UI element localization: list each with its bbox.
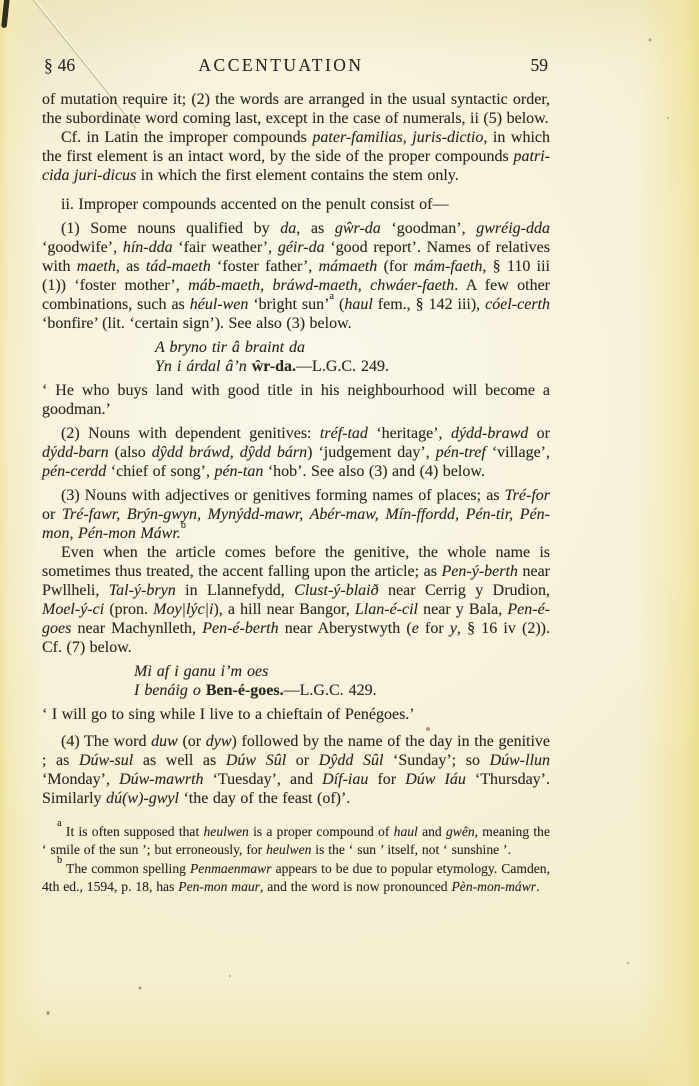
text-segment: ‘chief of song’, (106, 463, 214, 480)
text-segment: hín-dda (123, 239, 173, 256)
footnotes: a It is often supposed that heulwen is a… (42, 823, 550, 897)
para-item-1: (1) Some nouns qualified by da, as gŵr-d… (42, 219, 550, 333)
text-segment: (for (377, 258, 414, 275)
text-segment: maeth (77, 258, 116, 275)
text-segment: Mi af i ganu i’m oes (134, 663, 268, 680)
text-segment: héul-wen (190, 296, 249, 313)
text-segment: —L.G.C. 249. (296, 358, 389, 375)
text-segment: ‘bright sun’ (248, 296, 329, 313)
verse-line: Mi af i ganu i’m oes (134, 662, 550, 681)
text-segment: dýdd-brawd (451, 425, 528, 442)
text-segment: (3) Nouns with adjectives or genitives f… (61, 487, 505, 504)
text-segment: Cf. in Latin the improper compounds (61, 129, 312, 146)
text-segment: (also (109, 444, 152, 461)
footnote-b: b The common spelling Penmaenmawr appear… (42, 860, 550, 897)
text-segment: ‘ He who buys land with good title in hi… (42, 382, 550, 418)
text-segment: pén-tref (436, 444, 486, 461)
text-segment: , as (296, 220, 335, 237)
footnote-marker: b (57, 855, 62, 866)
text-segment: It is often supposed that (62, 824, 204, 839)
text-segment: Dúw Sûl (226, 752, 286, 769)
page-number: 59 (531, 56, 549, 75)
text-segment: Dúw-sul (79, 752, 133, 769)
paper-speck (667, 117, 669, 119)
text-segment: ), a hill near Bangor, (213, 601, 354, 618)
text-segment: pater-familias, juris-dictio (312, 129, 483, 146)
text-segment: ‘ I will go to sing while I live to a ch… (42, 706, 415, 723)
text-segment: for (368, 771, 405, 788)
para-item-2: (2) Nouns with dependent genitives: tréf… (42, 424, 550, 481)
text-segment: ii. Improper compounds accented on the p… (61, 196, 448, 213)
running-head: § 46 ACCENTUATION 59 (42, 56, 550, 78)
text-segment: duw (151, 733, 178, 750)
text-segment: , as (116, 258, 146, 275)
text-segment: y (450, 620, 457, 637)
text-segment: dú(w)-gwyl (106, 790, 179, 807)
text-segment: ) ‘judgement day’, (307, 444, 436, 461)
text-segment: gŵr-da (335, 220, 381, 237)
text-segment: Moel-ý-ci (42, 601, 104, 618)
text-segment: Yn i árdal â’n (155, 358, 252, 375)
text-segment: , and the word is now pronounced (260, 879, 452, 894)
text-segment: ‘foster father’, (211, 258, 319, 275)
text-segment: near y Bala, (418, 601, 507, 618)
text-segment: Dúw-mawrth (119, 771, 203, 788)
text-segment: heulwen (266, 842, 311, 857)
text-segment: Tal-ý-bryn (109, 582, 176, 599)
paper-speck (229, 975, 231, 977)
text-segment: dyw (206, 733, 232, 750)
paper-speck (46, 1011, 49, 1014)
text-segment: dýdd-barn (42, 444, 109, 461)
text-segment: tréf-tad (320, 425, 368, 442)
text-segment: (pron. (104, 601, 153, 618)
text-segment: ‘fair weather’, (173, 239, 278, 256)
text-segment: or (528, 425, 550, 442)
text-segment: mám-faeth (414, 258, 482, 275)
text-segment: or (42, 506, 62, 523)
paper-speck (648, 38, 651, 41)
text-segment: ‘Monday’, (42, 771, 119, 788)
text-segment: dŷdd bráwd, dŷdd bárn (152, 444, 307, 461)
text-segment: or (286, 752, 319, 769)
text-segment: Dúw-llun (490, 752, 550, 769)
book-page: § 46 ACCENTUATION 59 of mutation require… (0, 0, 699, 1086)
translation-goodman: ‘ He who buys land with good title in hi… (42, 381, 550, 419)
translation-penegoes: ‘ I will go to sing while I live to a ch… (42, 705, 550, 724)
quote-lgc-429: Mi af i ganu i’m oesI benáig o Ben-é-goe… (42, 662, 550, 700)
text-segment: of mutation require it; (2) the words ar… (42, 91, 550, 127)
text-segment: ‘village’, (486, 444, 550, 461)
text-segment: géir-da (278, 239, 325, 256)
text-segment: tád-maeth (146, 258, 211, 275)
text-segment: Pen-é-berth (202, 620, 278, 637)
para-latin-comparison: Cf. in Latin the improper compounds pate… (42, 128, 550, 185)
text-segment: ‘heritage’, (368, 425, 451, 442)
text-segment: I benáig o (134, 682, 206, 699)
text-segment: ŵr-da. (252, 358, 296, 375)
text-segment: Moy|lýc|i (153, 601, 213, 618)
text-segment: Llan-é-cil (355, 601, 418, 618)
text-segment: haul (394, 824, 418, 839)
text-segment: in Llannefydd, (176, 582, 294, 599)
text-segment: pén-tan (214, 463, 263, 480)
text-segment: ‘goodwife’, (42, 239, 123, 256)
text-segment: Díf-iau (322, 771, 368, 788)
text-segment: . (536, 879, 539, 894)
quote-lgc-249: A bryno tir â braint daYn i árdal â’n ŵr… (42, 338, 550, 376)
text-segment: Ben-é-goes. (206, 682, 284, 699)
text-segment: ‘hob’. See also (3) and (4) below. (263, 463, 485, 480)
text-segment: (1) Some nouns qualified by (61, 220, 280, 237)
text-segment: Dúw Iáu (405, 771, 466, 788)
text-segment: Pen-mon maur (178, 879, 260, 894)
text-segment: ‘goodman’, (381, 220, 476, 237)
text-segment: in which the first element contains the … (136, 167, 459, 184)
text-segment: as well as (133, 752, 226, 769)
text-segment: pén-cerdd (42, 463, 106, 480)
text-segment: for (419, 620, 450, 637)
text-segment: ‘Sunday’; so (383, 752, 489, 769)
text-segment: Penmaenmawr (190, 861, 272, 876)
footnote-a: a It is often supposed that heulwen is a… (42, 823, 550, 860)
verse-line: Yn i árdal â’n ŵr-da.—L.G.C. 249. (155, 357, 550, 376)
text-segment: The common spelling (62, 861, 190, 876)
text-segment: heulwen (204, 824, 249, 839)
scan-edge-mark (1, 0, 10, 28)
text-segment: da (280, 220, 296, 237)
paper-speck (627, 962, 630, 965)
footnote-marker: a (329, 291, 334, 302)
para-continuation: of mutation require it; (2) the words ar… (42, 90, 550, 128)
text-segment: near Machynlleth, (71, 620, 202, 637)
text-segment: máb-maeth, bráwd-maeth, chwáer-faeth (188, 277, 454, 294)
page-title: ACCENTUATION (42, 56, 520, 75)
text-segment: (2) Nouns with dependent genitives: (61, 425, 320, 442)
page-content: § 46 ACCENTUATION 59 of mutation require… (42, 56, 550, 897)
text-segment: near Aberystwyth ( (279, 620, 412, 637)
text-segment: (4) The word (61, 733, 151, 750)
text-segment: ( (334, 296, 344, 313)
text-segment: and (418, 824, 446, 839)
footnote-marker: b (181, 520, 186, 531)
text-segment: is the ‘ sun ’ itself, not ‘ sunshine ’. (311, 842, 511, 857)
text-segment: ‘Tuesday’, and (204, 771, 323, 788)
text-segment: Dŷdd Sûl (319, 752, 384, 769)
text-segment: cóel-certh (485, 296, 550, 313)
text-segment: Clust-ý-blaið (294, 582, 378, 599)
text-segment: e (412, 620, 419, 637)
text-segment: mámaeth (319, 258, 378, 275)
text-segment: near Cerrig y Drudion, (379, 582, 550, 599)
text-segment: A bryno tir â braint da (155, 339, 305, 356)
verse-line: A bryno tir â braint da (155, 338, 550, 357)
verse-line: I benáig o Ben-é-goes.—L.G.C. 429. (134, 681, 550, 700)
text-segment: —L.G.C. 429. (284, 682, 377, 699)
page-body: of mutation require it; (2) the words ar… (42, 90, 550, 808)
text-segment: Tré-fawr, Brýn-gwyn, Mynýdd-mawr, Abér-m… (42, 506, 550, 542)
text-segment: fem., § 142 iii), (373, 296, 485, 313)
text-segment: Pen-ý-berth (442, 563, 518, 580)
text-segment: is a proper compound of (249, 824, 394, 839)
text-segment: gwên (446, 824, 475, 839)
text-segment: gwréig-dda (476, 220, 550, 237)
paper-speck (139, 987, 142, 990)
para-item-3: (3) Nouns with adjectives or genitives f… (42, 486, 550, 543)
text-segment: Tré-for (505, 487, 550, 504)
footnote-marker: a (57, 818, 62, 829)
text-segment: ‘bonfire’ (lit. ‘certain sign’). See als… (42, 315, 352, 332)
text-segment: ‘the day of the feast (of)’. (179, 790, 350, 807)
para-article-note: Even when the article comes before the g… (42, 543, 550, 657)
text-segment: haul (344, 296, 372, 313)
heading-ii: ii. Improper compounds accented on the p… (42, 195, 550, 214)
para-item-4: (4) The word duw (or dyw) followed by th… (42, 732, 550, 808)
text-segment: Pèn-mon-máwr (451, 879, 536, 894)
text-segment: (or (178, 733, 206, 750)
